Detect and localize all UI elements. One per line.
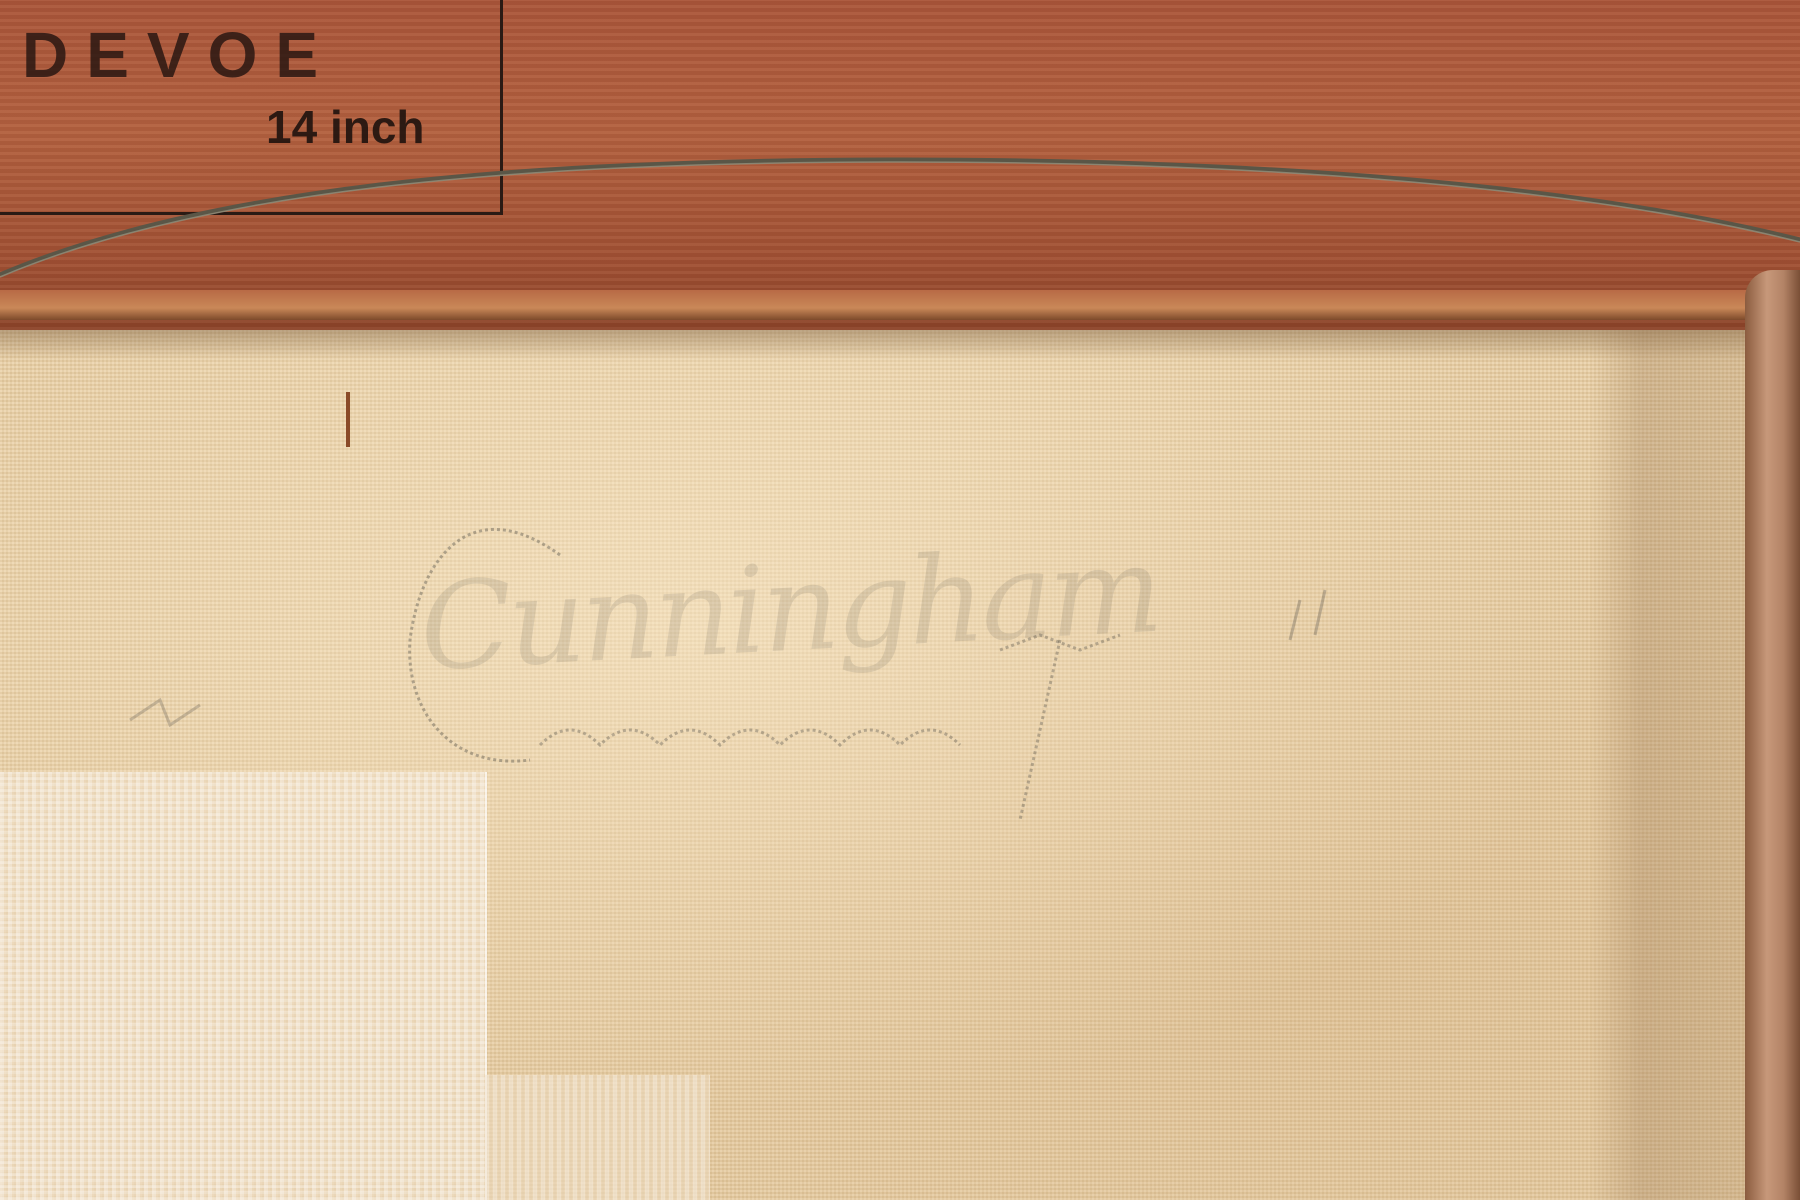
tape-patch-lower — [485, 1075, 710, 1200]
hanging-wire — [0, 0, 1800, 320]
tack — [346, 392, 350, 447]
tape-patch — [0, 772, 487, 1200]
stretcher-bar-right — [1745, 270, 1800, 1200]
canvas-back-photo: DEVOE 14 inch Cunningham — [0, 0, 1800, 1200]
canvas-right-shadow — [1590, 318, 1760, 1200]
